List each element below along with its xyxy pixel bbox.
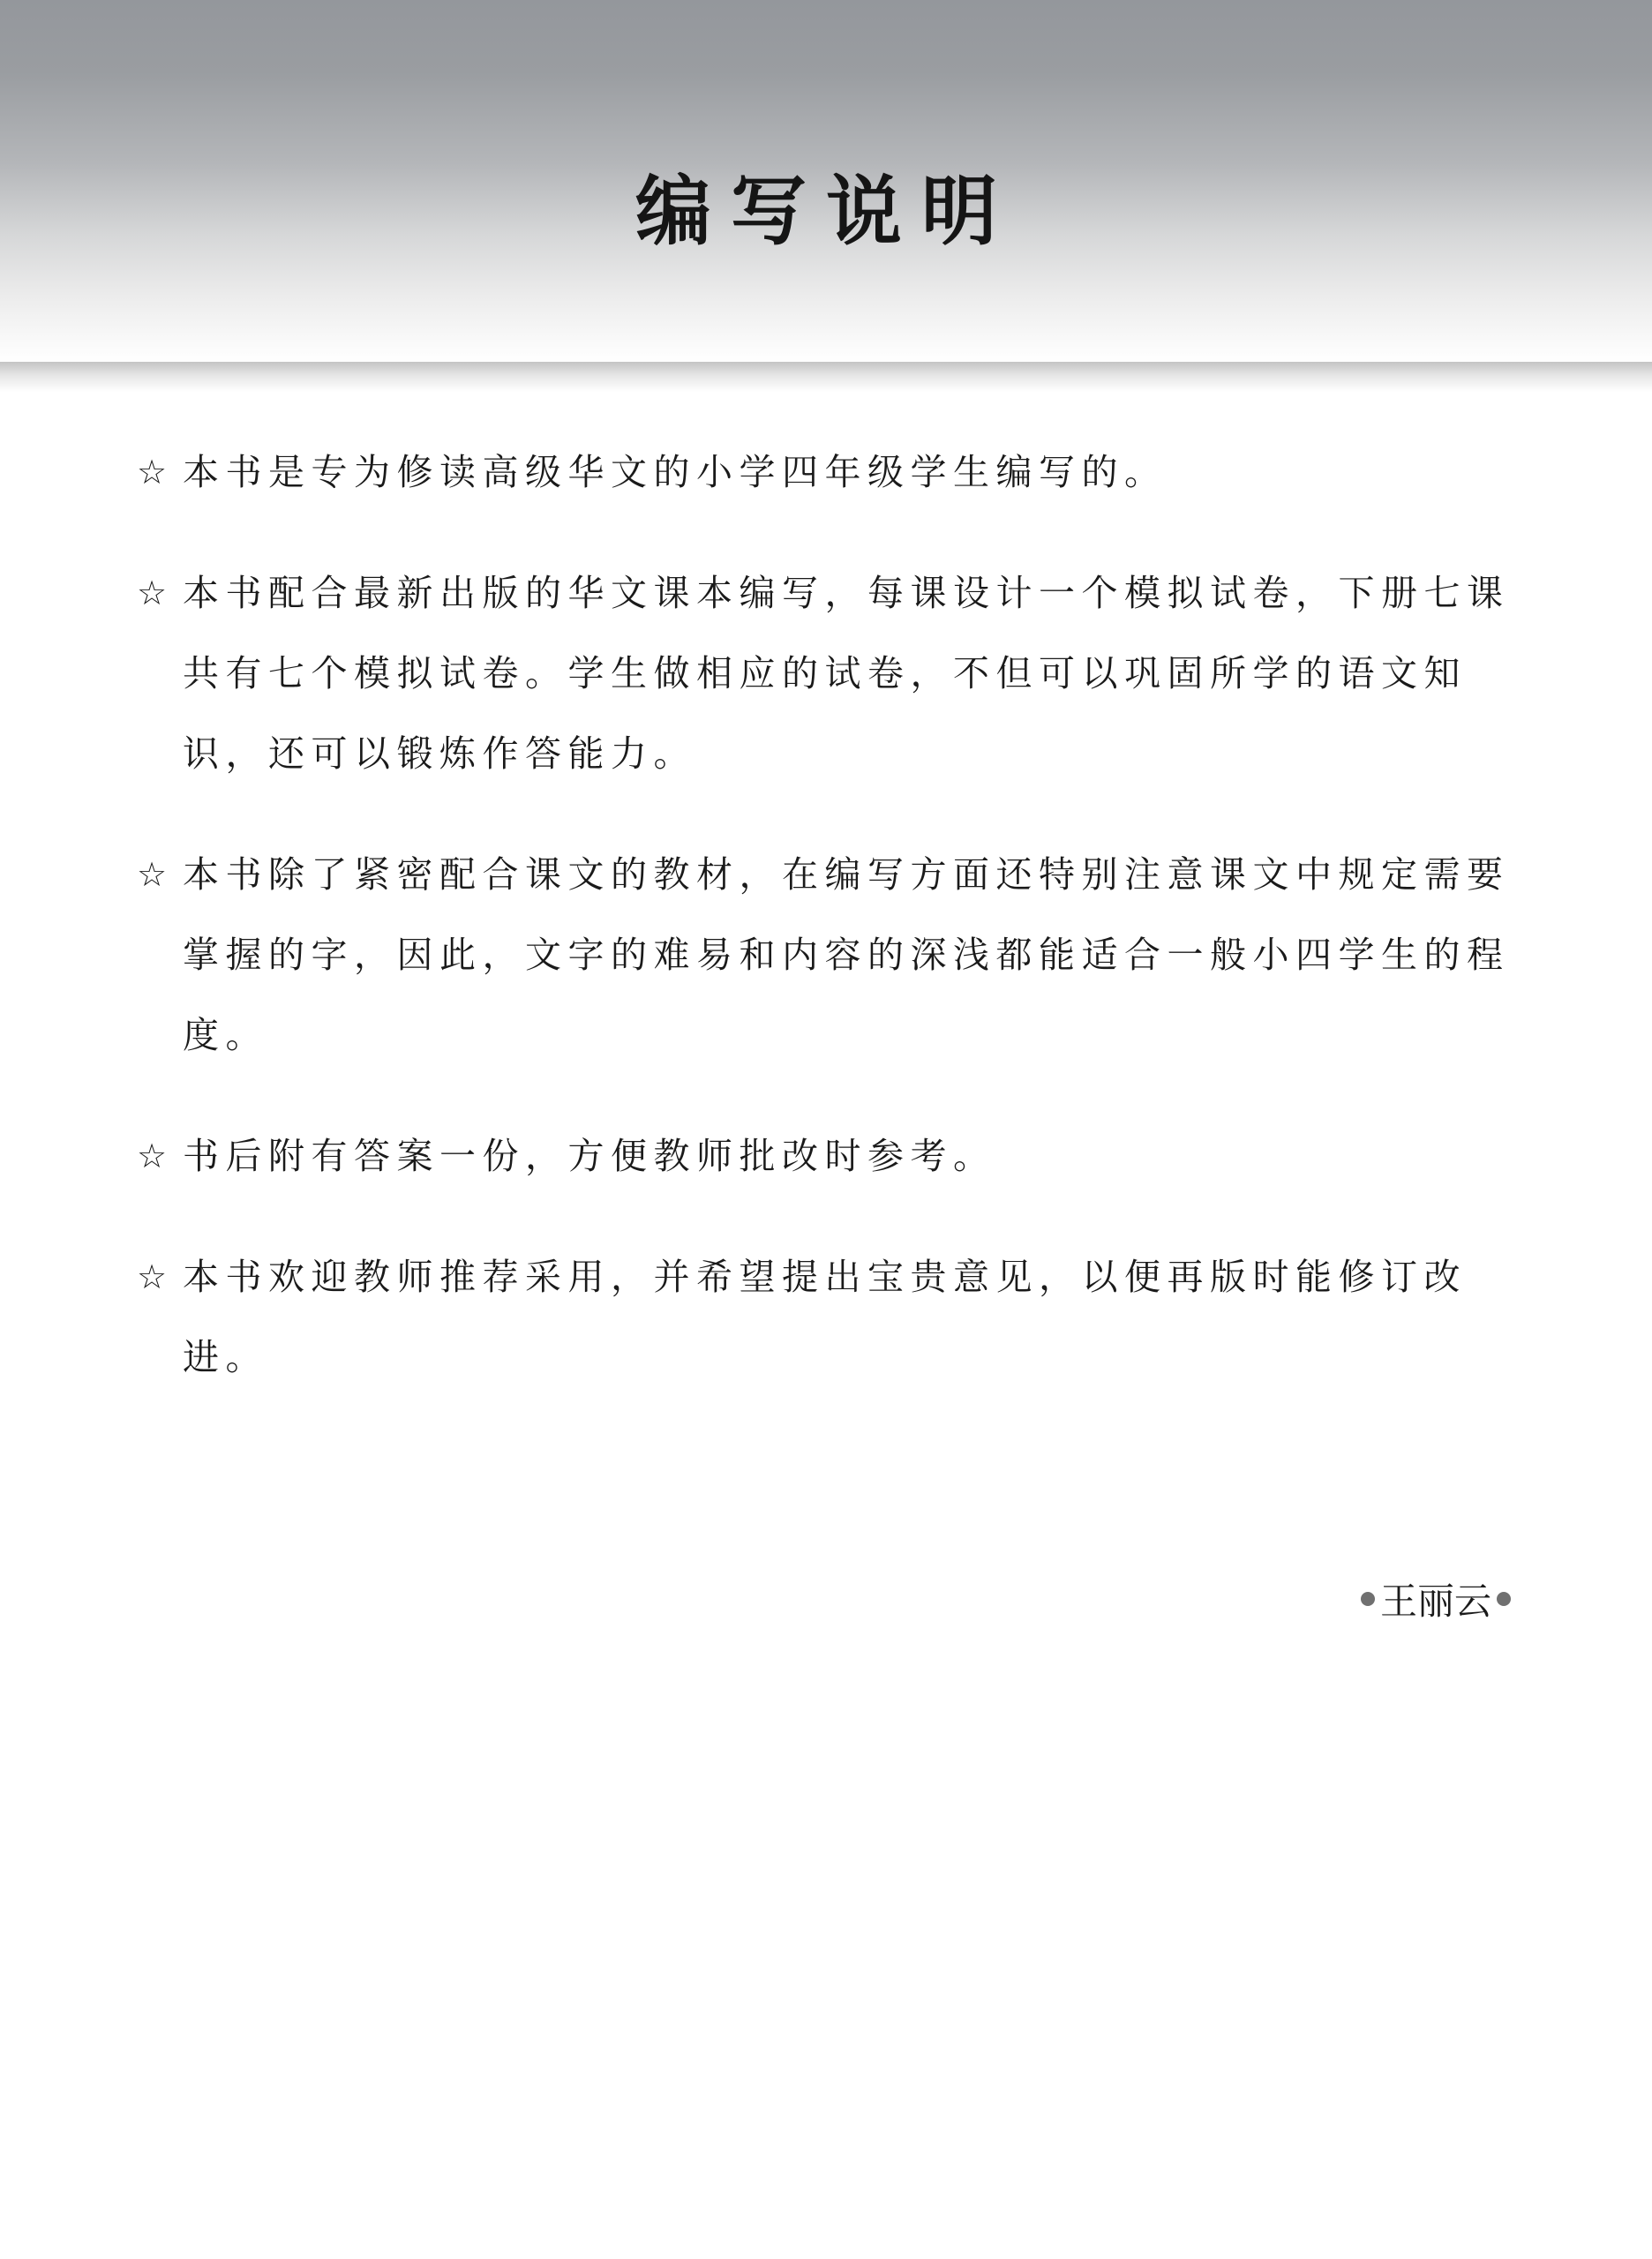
notes-list: ☆ 本书是专为修读高级华文的小学四年级学生编写的。 ☆ 本书配合最新出版的华文课… xyxy=(137,432,1513,1438)
star-icon: ☆ xyxy=(137,1116,174,1197)
star-icon: ☆ xyxy=(137,553,174,634)
author-name: 王丽云 xyxy=(1380,1572,1491,1625)
item-text: 本书配合最新出版的华文课本编写，每课设计一个模拟试卷，下册七课共有七个模拟试卷。… xyxy=(183,572,1510,775)
list-item: ☆ 本书配合最新出版的华文课本编写，每课设计一个模拟试卷，下册七课共有七个模拟试… xyxy=(137,553,1513,794)
star-icon: ☆ xyxy=(137,432,174,513)
item-text: 本书欢迎教师推荐采用，并希望提出宝贵意见，以便再版时能修订改进。 xyxy=(183,1256,1467,1378)
item-text: 本书除了紧密配合课文的教材，在编写方面还特别注意课文中规定需要掌握的字，因此，文… xyxy=(183,853,1510,1056)
list-item: ☆ 本书是专为修读高级华文的小学四年级学生编写的。 xyxy=(137,432,1513,513)
item-text: 本书是专为修读高级华文的小学四年级学生编写的。 xyxy=(183,451,1168,493)
dot-icon xyxy=(1497,1592,1511,1606)
list-item: ☆ 本书除了紧密配合课文的教材，在编写方面还特别注意课文中规定需要掌握的字，因此… xyxy=(137,835,1513,1076)
item-text: 书后附有答案一份，方便教师批改时参考。 xyxy=(183,1135,996,1177)
dot-icon xyxy=(1361,1592,1375,1606)
page-title: 编写说明 xyxy=(0,168,1652,256)
list-item: ☆ 本书欢迎教师推荐采用，并希望提出宝贵意见，以便再版时能修订改进。 xyxy=(137,1237,1513,1398)
star-icon: ☆ xyxy=(137,1237,174,1317)
star-icon: ☆ xyxy=(137,835,174,915)
signature: 王丽云 xyxy=(1361,1572,1511,1625)
header-shadow xyxy=(0,362,1652,392)
list-item: ☆ 书后附有答案一份，方便教师批改时参考。 xyxy=(137,1116,1513,1197)
